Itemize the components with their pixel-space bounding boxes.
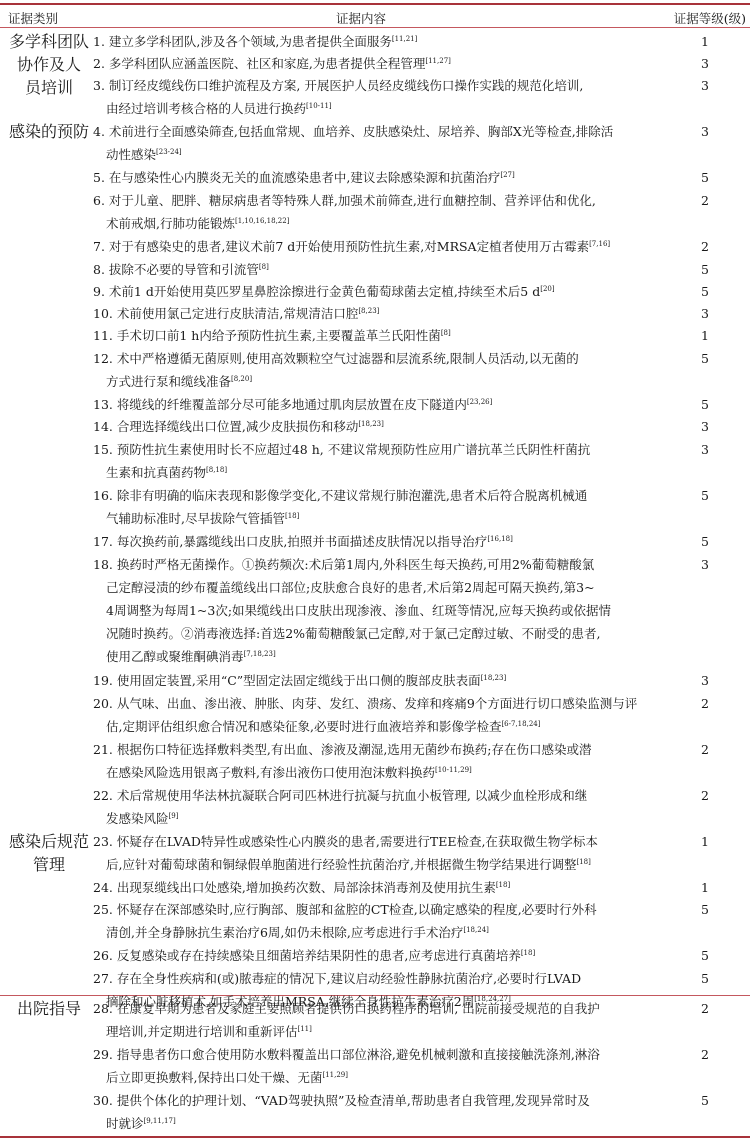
evidence-content: 16. 除非有明确的临床表现和影像学变化,不建议常规行肺泡灌洗,患者术后符合脱离…: [93, 484, 653, 530]
evidence-line: 术前戒烟,行肺功能锻炼[1,10,16,18,22]: [93, 212, 653, 235]
evidence-line: 在感染风险选用银离子敷料,有渗出液伤口使用泡沫敷料换药[10-11,29]: [93, 761, 653, 784]
table-header: 证据类别 证据内容 证据等级(级): [0, 6, 750, 27]
citation: [8]: [441, 329, 451, 337]
citation: [8]: [259, 263, 269, 271]
evidence-level: 5: [690, 944, 720, 967]
citation: [18]: [285, 512, 299, 520]
evidence-content: 24. 出现泵缆线出口处感染,增加换药次数、局部涂抹消毒剂及使用抗生素[18]: [93, 876, 653, 899]
evidence-content: 29. 指导患者伤口愈合使用防水敷料覆盖出口部位淋浴,避免机械刺激和直接接触洗涤…: [93, 1043, 653, 1089]
evidence-content: 26. 反复感染或存在持续感染且细菌培养结果阴性的患者,应考虑进行真菌培养[18…: [93, 944, 653, 967]
evidence-content: 3. 制订经皮缆线伤口维护流程及方案, 开展医护人员经皮缆线伤口操作实践的规范化…: [93, 74, 653, 120]
evidence-content: 18. 换药时严格无菌操作。①换药频次:术后第1周内,外科医生每天换药,可用2%…: [93, 553, 653, 668]
evidence-line: 3. 制订经皮缆线伤口维护流程及方案, 开展医护人员经皮缆线伤口操作实践的规范化…: [93, 74, 653, 97]
evidence-level: 5: [690, 967, 720, 990]
evidence-line: 2. 多学科团队应涵盖医院、社区和家庭,为患者提供全程管理[11,27]: [93, 52, 653, 75]
evidence-line: 27. 存在全身性疾病和(或)脓毒症的情况下,建议启动经验性静脉抗菌治疗,必要时…: [93, 967, 653, 990]
evidence-category: 感染后规范管理: [5, 830, 93, 876]
evidence-line: 30. 提供个体化的护理计划、“VAD驾驶执照”及检查清单,帮助患者自我管理,发…: [93, 1089, 653, 1112]
evidence-line: 己定醇浸渍的纱布覆盖缆线出口部位;皮肤愈合良好的患者,术后第2周起可隔天换药,第…: [93, 576, 653, 599]
evidence-content: 28. 在康复早期为患者及家庭主要照顾者提供伤口换药程序的培训, 出院前接受规范…: [93, 997, 653, 1043]
evidence-line: 7. 对于有感染史的患者,建议术前7 d开始使用预防性抗生素,对MRSA定植者使…: [93, 235, 653, 258]
evidence-content: 30. 提供个体化的护理计划、“VAD驾驶执照”及检查清单,帮助患者自我管理,发…: [93, 1089, 653, 1135]
evidence-line: 清创,并全身静脉抗生素治疗6周,如仍未根除,应考虑进行手术治疗[18,24]: [93, 921, 653, 944]
evidence-level: 5: [690, 393, 720, 416]
evidence-content: 25. 怀疑存在深部感染时,应行胸部、腹部和盆腔的CT检查,以确定感染的程度,必…: [93, 898, 653, 944]
evidence-level: 3: [690, 52, 720, 75]
evidence-level: 1: [690, 876, 720, 899]
citation: [11,29]: [322, 1071, 348, 1079]
evidence-level: 3: [690, 415, 720, 438]
evidence-line: 4周调整为每周1~3次;如果缆线出口皮肤出现渗液、渗血、红斑等情况,应每天换药或…: [93, 599, 653, 622]
evidence-line: 12. 术中严格遵循无菌原则,使用高效颗粒空气过滤器和层流系统,限制人员活动,以…: [93, 347, 653, 370]
evidence-line: 6. 对于儿童、肥胖、糖尿病患者等特殊人群,加强术前筛查,进行血糖控制、营养评估…: [93, 189, 653, 212]
citation: [1,10,16,18,22]: [235, 217, 289, 225]
evidence-line: 理培训,并定期进行培训和重新评估[11]: [93, 1020, 653, 1043]
evidence-level: 2: [690, 235, 720, 258]
citation: [18,24]: [463, 926, 489, 934]
evidence-line: 发感染风险[9]: [93, 807, 653, 830]
evidence-line: 4. 术前进行全面感染筛查,包括血常规、血培养、皮肤感染灶、尿培养、胸部X光等检…: [93, 120, 653, 143]
evidence-content: 4. 术前进行全面感染筛查,包括血常规、血培养、皮肤感染灶、尿培养、胸部X光等检…: [93, 120, 653, 166]
category-line: 感染的预防: [5, 120, 93, 143]
evidence-line: 28. 在康复早期为患者及家庭主要照顾者提供伤口换药程序的培训, 出院前接受规范…: [93, 997, 653, 1020]
evidence-line: 17. 每次换药前,暴露缆线出口皮肤,拍照并书面描述皮肤情况以指导治疗[16,1…: [93, 530, 653, 553]
citation: [8,23]: [358, 307, 379, 315]
evidence-content: 13. 将缆线的纤维覆盖部分尽可能多地通过肌肉层放置在皮下隧道内[23,26]: [93, 393, 653, 416]
evidence-line: 29. 指导患者伤口愈合使用防水敷料覆盖出口部位淋浴,避免机械刺激和直接接触洗涤…: [93, 1043, 653, 1066]
header-category: 证据类别: [8, 9, 58, 27]
evidence-level: 5: [690, 258, 720, 281]
evidence-level: 1: [690, 830, 720, 853]
citation: [6-7,18,24]: [501, 720, 540, 728]
citation: [11,27]: [425, 57, 451, 65]
evidence-level: 3: [690, 553, 720, 576]
citation: [9]: [169, 812, 179, 820]
evidence-content: 6. 对于儿童、肥胖、糖尿病患者等特殊人群,加强术前筛查,进行血糖控制、营养评估…: [93, 189, 653, 235]
evidence-line: 20. 从气味、出血、渗出液、肿胀、肉芽、发红、溃疡、发痒和疼痛9个方面进行切口…: [93, 692, 653, 715]
evidence-content: 14. 合理选择缆线出口位置,减少皮肤损伤和移动[18,23]: [93, 415, 653, 438]
header-level: 证据等级(级): [674, 9, 746, 27]
evidence-line: 15. 预防性抗生素使用时长不应超过48 h, 不建议常规预防性应用广谱抗革兰氏…: [93, 438, 653, 461]
evidence-level: 2: [690, 738, 720, 761]
evidence-level: 5: [690, 347, 720, 370]
evidence-category: 出院指导: [5, 997, 93, 1020]
citation: [8,20]: [231, 375, 252, 383]
evidence-line: 13. 将缆线的纤维覆盖部分尽可能多地通过肌肉层放置在皮下隧道内[23,26]: [93, 393, 653, 416]
citation: [7,16]: [589, 240, 610, 248]
evidence-content: 1. 建立多学科团队,涉及各个领域,为患者提供全面服务[11,21]: [93, 30, 653, 53]
evidence-content: 17. 每次换药前,暴露缆线出口皮肤,拍照并书面描述皮肤情况以指导治疗[16,1…: [93, 530, 653, 553]
evidence-line: 16. 除非有明确的临床表现和影像学变化,不建议常规行肺泡灌洗,患者术后符合脱离…: [93, 484, 653, 507]
evidence-level: 3: [690, 669, 720, 692]
evidence-content: 12. 术中严格遵循无菌原则,使用高效颗粒空气过滤器和层流系统,限制人员活动,以…: [93, 347, 653, 393]
evidence-level: 2: [690, 997, 720, 1020]
evidence-level: 5: [690, 484, 720, 507]
evidence-line: 24. 出现泵缆线出口处感染,增加换药次数、局部涂抹消毒剂及使用抗生素[18]: [93, 876, 653, 899]
evidence-line: 18. 换药时严格无菌操作。①换药频次:术后第1周内,外科医生每天换药,可用2%…: [93, 553, 653, 576]
evidence-category: 感染的预防: [5, 120, 93, 143]
evidence-content: 15. 预防性抗生素使用时长不应超过48 h, 不建议常规预防性应用广谱抗革兰氏…: [93, 438, 653, 484]
evidence-line: 19. 使用固定装置,采用“C”型固定法固定缆线于出口侧的腹部皮肤表面[18,2…: [93, 669, 653, 692]
citation: [18]: [576, 858, 590, 866]
evidence-line: 使用乙醇或聚维酮碘消毒[7,18,23]: [93, 645, 653, 668]
evidence-level: 2: [690, 1043, 720, 1066]
evidence-level: 2: [690, 692, 720, 715]
evidence-line: 1. 建立多学科团队,涉及各个领域,为患者提供全面服务[11,21]: [93, 30, 653, 53]
category-line: 出院指导: [5, 997, 93, 1020]
evidence-line: 后立即更换敷料,保持出口处干燥、无菌[11,29]: [93, 1066, 653, 1089]
evidence-content: 21. 根据伤口特征选择敷料类型,有出血、渗液及潮湿,选用无菌纱布换药;存在伤口…: [93, 738, 653, 784]
evidence-content: 5. 在与感染性心内膜炎无关的血流感染患者中,建议去除感染源和抗菌治疗[27]: [93, 166, 653, 189]
evidence-line: 26. 反复感染或存在持续感染且细菌培养结果阴性的患者,应考虑进行真菌培养[18…: [93, 944, 653, 967]
evidence-line: 方式进行泵和缆线准备[8,20]: [93, 370, 653, 393]
evidence-level: 3: [690, 120, 720, 143]
evidence-line: 时就诊[9,11,17]: [93, 1112, 653, 1135]
evidence-line: 由经过培训考核合格的人员进行换药[10-11]: [93, 97, 653, 120]
evidence-line: 8. 拔除不必要的导管和引流管[8]: [93, 258, 653, 281]
citation: [11,21]: [392, 35, 418, 43]
evidence-content: 2. 多学科团队应涵盖医院、社区和家庭,为患者提供全程管理[11,27]: [93, 52, 653, 75]
evidence-line: 生素和抗真菌药物[8,18]: [93, 461, 653, 484]
citation: [10-11,29]: [435, 766, 472, 774]
evidence-line: 估,定期评估组织愈合情况和感染征象,必要时进行血液培养和影像学检查[6-7,18…: [93, 715, 653, 738]
citation: [20]: [540, 285, 554, 293]
category-line: 员培训: [5, 76, 93, 99]
evidence-line: 10. 术前使用氯己定进行皮肤清洁,常规清洁口腔[8,23]: [93, 302, 653, 325]
citation: [8,18]: [206, 466, 227, 474]
evidence-line: 后,应针对葡萄球菌和铜绿假单胞菌进行经验性抗菌治疗,并根据微生物学结果进行调整[…: [93, 853, 653, 876]
evidence-level: 1: [690, 324, 720, 347]
category-line: 协作及人: [5, 53, 93, 76]
citation: [10-11]: [306, 102, 332, 110]
category-line: 感染后规范: [5, 830, 93, 853]
evidence-line: 14. 合理选择缆线出口位置,减少皮肤损伤和移动[18,23]: [93, 415, 653, 438]
table-bottom-rule: [0, 1136, 750, 1138]
header-content: 证据内容: [336, 9, 386, 27]
evidence-content: 23. 怀疑存在LVAD特异性或感染性心内膜炎的患者,需要进行TEE检查,在获取…: [93, 830, 653, 876]
evidence-level: 3: [690, 302, 720, 325]
citation: [23-24]: [156, 148, 182, 156]
citation: [7,18,23]: [244, 650, 276, 658]
citation: [16,18]: [487, 535, 513, 543]
evidence-content: 7. 对于有感染史的患者,建议术前7 d开始使用预防性抗生素,对MRSA定植者使…: [93, 235, 653, 258]
citation: [18,23]: [358, 420, 384, 428]
evidence-content: 22. 术后常规使用华法林抗凝联合阿司匹林进行抗凝与抗血小板管理, 以减少血栓形…: [93, 784, 653, 830]
evidence-line: 况随时换药。②消毒液选择:首选2%葡萄糖酸氯己定醇,对于氯己定醇过敏、不耐受的患…: [93, 622, 653, 645]
evidence-content: 11. 手术切口前1 h内给予预防性抗生素,主要覆盖革兰氏阳性菌[8]: [93, 324, 653, 347]
citation: [23,26]: [467, 398, 493, 406]
evidence-content: 8. 拔除不必要的导管和引流管[8]: [93, 258, 653, 281]
citation: [18]: [496, 881, 510, 889]
citation: [9,11,17]: [144, 1117, 176, 1125]
evidence-line: 9. 术前1 d开始使用莫匹罗星鼻腔涂擦进行金黄色葡萄球菌去定植,持续至术后5 …: [93, 280, 653, 303]
category-line: 多学科团队: [5, 30, 93, 53]
evidence-category: 多学科团队协作及人员培训: [5, 30, 93, 99]
evidence-level: 1: [690, 30, 720, 53]
evidence-level: 5: [690, 280, 720, 303]
evidence-line: 25. 怀疑存在深部感染时,应行胸部、腹部和盆腔的CT检查,以确定感染的程度,必…: [93, 898, 653, 921]
category-line: 管理: [5, 853, 93, 876]
evidence-level: 5: [690, 530, 720, 553]
evidence-line: 22. 术后常规使用华法林抗凝联合阿司匹林进行抗凝与抗血小板管理, 以减少血栓形…: [93, 784, 653, 807]
evidence-content: 9. 术前1 d开始使用莫匹罗星鼻腔涂擦进行金黄色葡萄球菌去定植,持续至术后5 …: [93, 280, 653, 303]
citation: [27]: [500, 171, 514, 179]
evidence-content: 19. 使用固定装置,采用“C”型固定法固定缆线于出口侧的腹部皮肤表面[18,2…: [93, 669, 653, 692]
evidence-line: 气辅助标准时,尽早拔除气管插管[18]: [93, 507, 653, 530]
evidence-line: 11. 手术切口前1 h内给予预防性抗生素,主要覆盖革兰氏阳性菌[8]: [93, 324, 653, 347]
citation: [18]: [521, 949, 535, 957]
evidence-level: 3: [690, 74, 720, 97]
header-rule: [0, 27, 750, 28]
citation: [11]: [297, 1025, 311, 1033]
evidence-line: 21. 根据伤口特征选择敷料类型,有出血、渗液及潮湿,选用无菌纱布换药;存在伤口…: [93, 738, 653, 761]
evidence-level: 2: [690, 784, 720, 807]
evidence-level: 5: [690, 1089, 720, 1112]
evidence-content: 20. 从气味、出血、渗出液、肿胀、肉芽、发红、溃疡、发痒和疼痛9个方面进行切口…: [93, 692, 653, 738]
evidence-line: 5. 在与感染性心内膜炎无关的血流感染患者中,建议去除感染源和抗菌治疗[27]: [93, 166, 653, 189]
evidence-level: 5: [690, 166, 720, 189]
citation: [18,23]: [481, 674, 507, 682]
evidence-line: 动性感染[23-24]: [93, 143, 653, 166]
evidence-level: 5: [690, 898, 720, 921]
evidence-line: 23. 怀疑存在LVAD特异性或感染性心内膜炎的患者,需要进行TEE检查,在获取…: [93, 830, 653, 853]
evidence-content: 10. 术前使用氯己定进行皮肤清洁,常规清洁口腔[8,23]: [93, 302, 653, 325]
table-top-rule: [0, 3, 750, 5]
evidence-level: 3: [690, 438, 720, 461]
evidence-level: 2: [690, 189, 720, 212]
